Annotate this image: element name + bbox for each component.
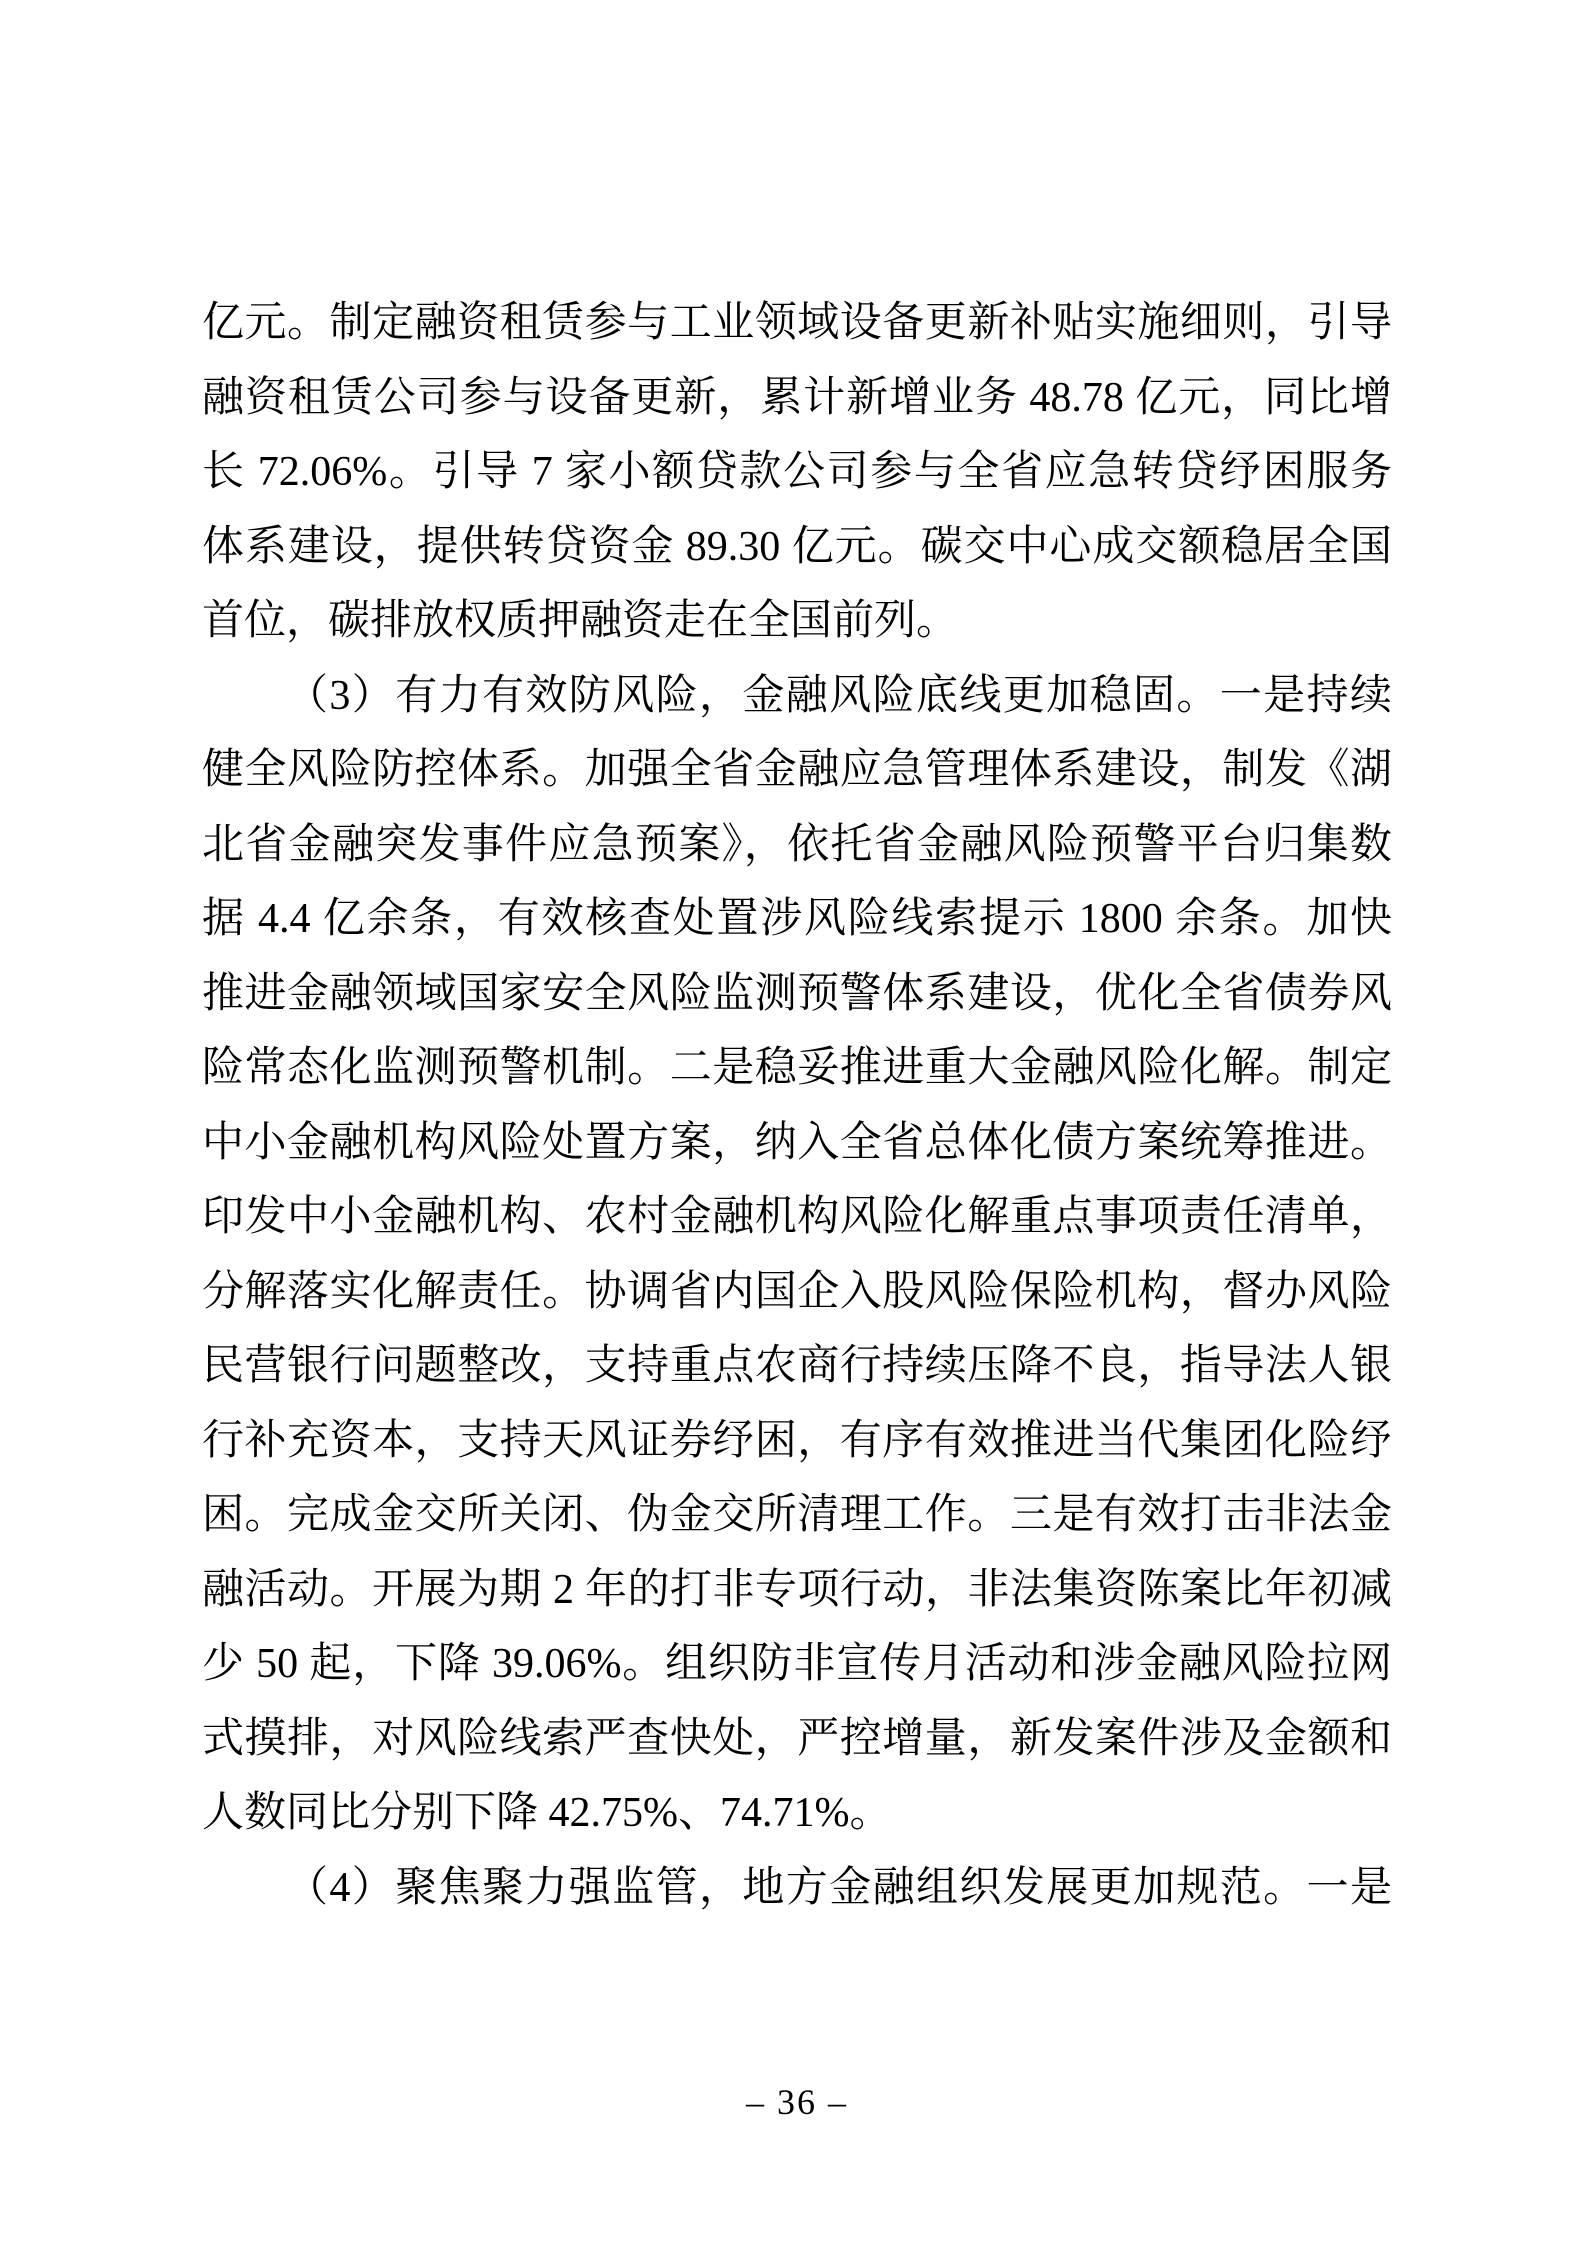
text-line: 印发中小金融机构、农村金融机构风险化解重点事项责任清单， bbox=[202, 1180, 1392, 1255]
text-line: 据 4.4 亿余条，有效核查处置涉风险线索提示 1800 余条。加快 bbox=[202, 882, 1392, 957]
text-line: 体系建设，提供转贷资金 89.30 亿元。碳交中心成交额稳居全国 bbox=[202, 510, 1392, 585]
text-line: 推进金融领域国家安全风险监测预警体系建设，优化全省债券风 bbox=[202, 957, 1392, 1032]
text-line: 亿元。制定融资租赁参与工业领域设备更新补贴实施细则，引导 bbox=[202, 286, 1392, 361]
text-line: 民营银行问题整改，支持重点农商行持续压降不良，指导法人银 bbox=[202, 1329, 1392, 1404]
document-body: 亿元。制定融资租赁参与工业领域设备更新补贴实施细则，引导融资租赁公司参与设备更新… bbox=[202, 286, 1392, 1925]
text-line: 融活动。开展为期 2 年的打非专项行动，非法集资陈案比年初减 bbox=[202, 1553, 1392, 1628]
text-line: 困。完成金交所关闭、伪金交所清理工作。三是有效打击非法金 bbox=[202, 1478, 1392, 1553]
text-line: （4）聚焦聚力强监管，地方金融组织发展更加规范。一是 bbox=[202, 1851, 1392, 1926]
page-footer: – 36 – bbox=[202, 2082, 1392, 2122]
document-page: 亿元。制定融资租赁参与工业领域设备更新补贴实施细则，引导融资租赁公司参与设备更新… bbox=[0, 0, 1587, 2245]
text-line: 北省金融突发事件应急预案》，依托省金融风险预警平台归集数 bbox=[202, 808, 1392, 883]
text-line: 长 72.06%。引导 7 家小额贷款公司参与全省应急转贷纾困服务 bbox=[202, 435, 1392, 510]
text-line: 健全风险防控体系。加强全省金融应急管理体系建设，制发《湖 bbox=[202, 733, 1392, 808]
text-line: 融资租赁公司参与设备更新，累计新增业务 48.78 亿元，同比增 bbox=[202, 361, 1392, 436]
text-line: 分解落实化解责任。协调省内国企入股风险保险机构，督办风险 bbox=[202, 1255, 1392, 1330]
text-line: 少 50 起，下降 39.06%。组织防非宣传月活动和涉金融风险拉网 bbox=[202, 1627, 1392, 1702]
text-line: 中小金融机构风险处置方案，纳入全省总体化债方案统筹推进。 bbox=[202, 1106, 1392, 1181]
text-line: 式摸排，对风险线索严查快处，严控增量，新发案件涉及金额和 bbox=[202, 1702, 1392, 1777]
page-number: – 36 – bbox=[746, 2082, 848, 2122]
text-line: 首位，碳排放权质押融资走在全国前列。 bbox=[202, 584, 1392, 659]
text-line: （3）有力有效防风险，金融风险底线更加稳固。一是持续 bbox=[202, 659, 1392, 734]
text-line: 行补充资本，支持天风证券纾困，有序有效推进当代集团化险纾 bbox=[202, 1404, 1392, 1479]
text-line: 险常态化监测预警机制。二是稳妥推进重大金融风险化解。制定 bbox=[202, 1031, 1392, 1106]
text-line: 人数同比分别下降 42.75%、74.71%。 bbox=[202, 1776, 1392, 1851]
